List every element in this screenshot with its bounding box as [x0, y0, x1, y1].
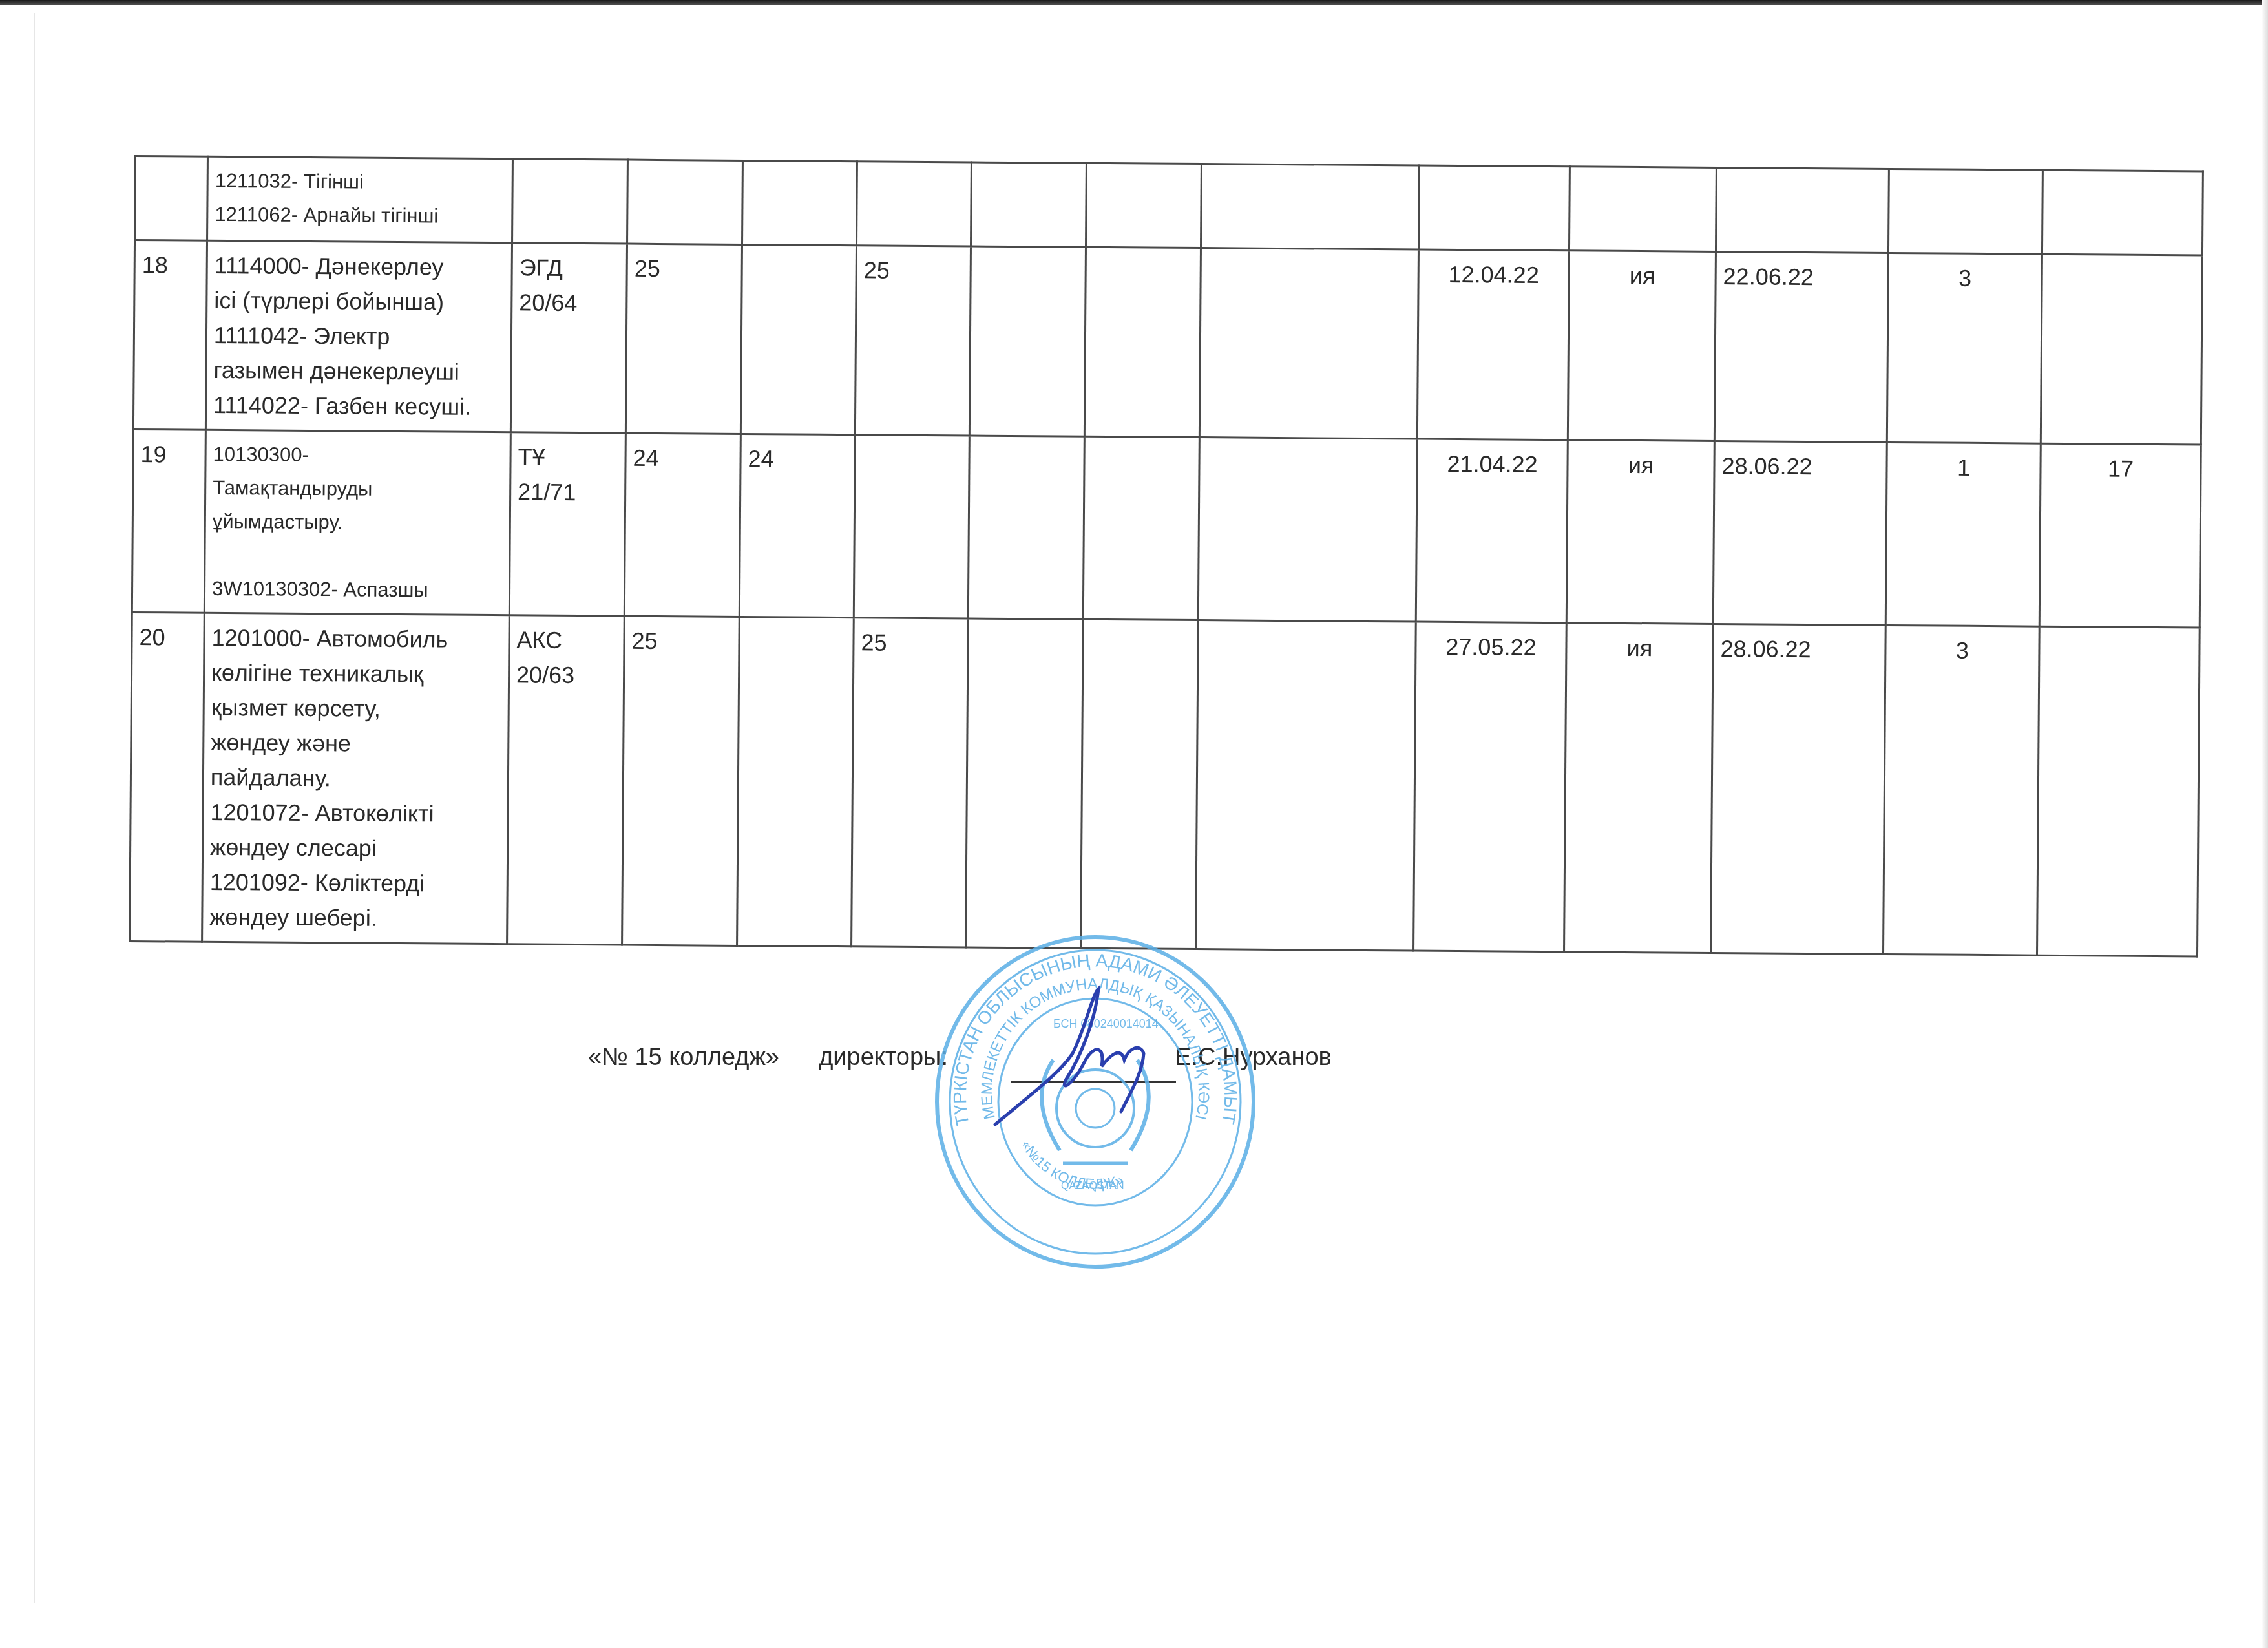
count-cell-3 — [627, 160, 743, 244]
count-cell-13: 17 — [2039, 443, 2201, 628]
count-cell-12 — [1888, 169, 2042, 254]
group-cell: ТҰ 21/71 — [509, 432, 625, 616]
document-table-container: 1211032- Тігінші 1211062- Арнайы тігінші… — [129, 155, 2202, 957]
table-row: 1211032- Тігінші 1211062- Арнайы тігінші — [135, 156, 2203, 255]
count-cell-12: 3 — [1884, 625, 2040, 955]
count-cell-8 — [1196, 620, 1416, 951]
count-cell-8 — [1201, 164, 1419, 249]
specialty-cell: 10130300- Тамақтандыруды ұйымдастыру. 3W… — [204, 430, 510, 615]
start-date-cell: 21.04.22 — [1416, 439, 1568, 623]
group-cell: АКС 20/63 — [507, 615, 625, 945]
table-row: 20 1201000- Автомобиль көлігіне техникал… — [130, 612, 2200, 956]
svg-text:QAZAQSTAN: QAZAQSTAN — [1061, 1181, 1124, 1192]
specialty-cell: 1201000- Автомобиль көлігіне техникалық … — [202, 613, 510, 944]
end-date-cell: 28.06.22 — [1711, 624, 1886, 954]
scan-edge-right — [2262, 0, 2268, 1648]
count-cell-6 — [969, 246, 1086, 436]
schedule-table: 1211032- Тігінші 1211062- Арнайы тігінші… — [129, 155, 2204, 957]
table-row: 19 10130300- Тамақтандыруды ұйымдастыру.… — [132, 429, 2201, 627]
count-cell-7 — [1086, 163, 1201, 248]
count-cell-6 — [971, 162, 1087, 247]
count-cell-5: 25 — [855, 246, 971, 436]
end-date-cell — [1716, 167, 1889, 253]
count-cell-6 — [966, 618, 1084, 948]
count-cell-3: 25 — [622, 616, 740, 945]
count-cell-12: 3 — [1887, 253, 2042, 443]
count-cell-8 — [1198, 438, 1417, 622]
count-cell-7 — [1084, 247, 1201, 437]
count-cell-4: 24 — [739, 434, 855, 617]
scan-edge-top — [0, 0, 2268, 5]
end-date-cell: 28.06.22 — [1713, 441, 1887, 625]
group-cell — [512, 159, 628, 244]
specialty-cell: 1114000- Дәнекерлеу ісі (түрлері бойынша… — [205, 240, 512, 432]
count-cell-4 — [740, 244, 856, 434]
count-cell-13 — [2041, 254, 2202, 445]
count-cell-8 — [1199, 248, 1418, 439]
count-cell-12: 1 — [1885, 442, 2041, 626]
signature-icon — [982, 982, 1189, 1131]
count-cell-7 — [1081, 619, 1199, 949]
row-number — [135, 156, 208, 241]
flag-cell — [1569, 167, 1716, 252]
count-cell-7 — [1083, 436, 1199, 620]
count-cell-5: 25 — [852, 618, 969, 947]
count-cell-4 — [742, 160, 857, 245]
count-cell-3: 25 — [625, 244, 742, 434]
count-cell-5 — [854, 435, 969, 618]
count-cell-13 — [2042, 170, 2203, 255]
flag-cell: ия — [1566, 440, 1714, 624]
scan-edge-left — [34, 13, 35, 1603]
row-number: 20 — [130, 612, 205, 942]
count-cell-4 — [737, 617, 854, 946]
end-date-cell: 22.06.22 — [1714, 251, 1888, 442]
flag-cell: ия — [1568, 251, 1716, 441]
start-date-cell — [1418, 165, 1570, 251]
row-number: 18 — [133, 240, 207, 430]
start-date-cell: 27.05.22 — [1414, 622, 1567, 952]
specialty-cell: 1211032- Тігінші 1211062- Арнайы тігінші — [207, 156, 513, 242]
flag-cell: ия — [1564, 623, 1714, 953]
table-row: 18 1114000- Дәнекерлеу ісі (түрлері бойы… — [133, 240, 2202, 445]
count-cell-3: 24 — [624, 433, 740, 617]
start-date-cell: 12.04.22 — [1417, 249, 1569, 440]
count-cell-13 — [2037, 626, 2200, 956]
group-cell: ЭГД 20/64 — [510, 243, 627, 433]
college-name: «№ 15 колледж» — [588, 1044, 779, 1072]
row-number: 19 — [132, 429, 205, 613]
count-cell-6 — [968, 436, 1084, 619]
count-cell-5 — [857, 162, 972, 246]
